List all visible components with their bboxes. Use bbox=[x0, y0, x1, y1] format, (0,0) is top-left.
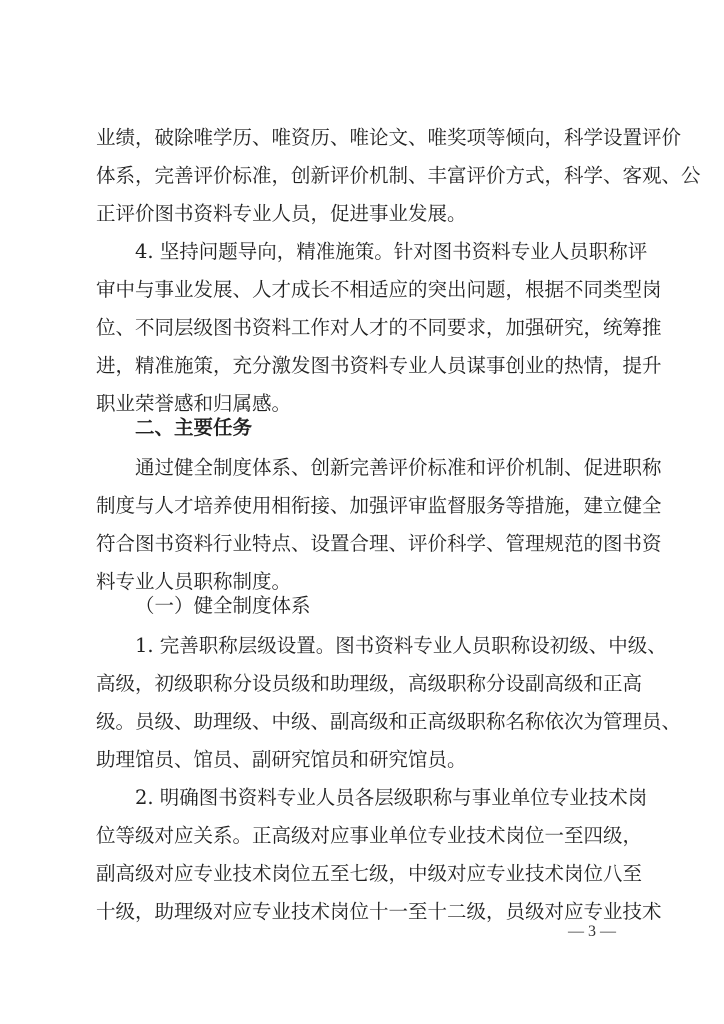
paragraph-line: 正评价图书资料专业人员，促进事业发展。 bbox=[96, 202, 628, 226]
paragraph-line: 位等级对应关系。正高级对应事业单位专业技术岗位一至四级， bbox=[96, 824, 628, 848]
paragraph-line: 副高级对应专业技术岗位五至七级，中级对应专业技术岗位八至 bbox=[96, 862, 628, 886]
paragraph-line: 进，精准施策，充分激发图书资料专业人员谋事创业的热情，提升 bbox=[96, 354, 628, 378]
paragraph-line: 制度与人才培养使用相衔接、加强评审监督服务等措施，建立健全 bbox=[96, 494, 628, 518]
paragraph-line: 位、不同层级图书资料工作对人才的不同要求，加强研究，统筹推 bbox=[96, 316, 628, 340]
paragraph-line: 助理馆员、馆员、副研究馆员和研究馆员。 bbox=[96, 748, 628, 772]
paragraph-line: 料专业人员职称制度。 bbox=[96, 570, 628, 594]
page-number: — 3 — bbox=[568, 922, 616, 942]
paragraph-line: 4. 坚持问题导向，精准施策。针对图书资料专业人员职称评 bbox=[135, 240, 628, 264]
paragraph-line: 审中与事业发展、人才成长不相适应的突出问题，根据不同类型岗 bbox=[96, 278, 628, 302]
paragraph-line: 十级，助理级对应专业技术岗位十一至十二级，员级对应专业技术 bbox=[96, 900, 628, 924]
paragraph-line: 通过健全制度体系、创新完善评价标准和评价机制、促进职称 bbox=[135, 456, 628, 480]
paragraph-line: 业绩，破除唯学历、唯资历、唯论文、唯奖项等倾向，科学设置评价 bbox=[96, 126, 628, 150]
paragraph-line: 符合图书资料行业特点、设置合理、评价科学、管理规范的图书资 bbox=[96, 532, 628, 556]
paragraph-line: 高级，初级职称分设员级和助理级，高级职称分设副高级和正高 bbox=[96, 672, 628, 696]
paragraph-line: 级。员级、助理级、中级、副高级和正高级职称名称依次为管理员、 bbox=[96, 710, 628, 734]
paragraph-line: 1. 完善职称层级设置。图书资料专业人员职称设初级、中级、 bbox=[135, 634, 628, 658]
paragraph-line: 体系，完善评价标准，创新评价机制、丰富评价方式，科学、客观、公 bbox=[96, 164, 628, 188]
section-heading: 二、主要任务 bbox=[135, 416, 628, 440]
paragraph-line: 2. 明确图书资料专业人员各层级职称与事业单位专业技术岗 bbox=[135, 786, 628, 810]
paragraph-line: 职业荣誉感和归属感。 bbox=[96, 392, 628, 416]
document-page: 业绩，破除唯学历、唯资历、唯论文、唯奖项等倾向，科学设置评价 体系，完善评价标准… bbox=[0, 0, 724, 1024]
subsection-heading: （一）健全制度体系 bbox=[135, 594, 628, 618]
